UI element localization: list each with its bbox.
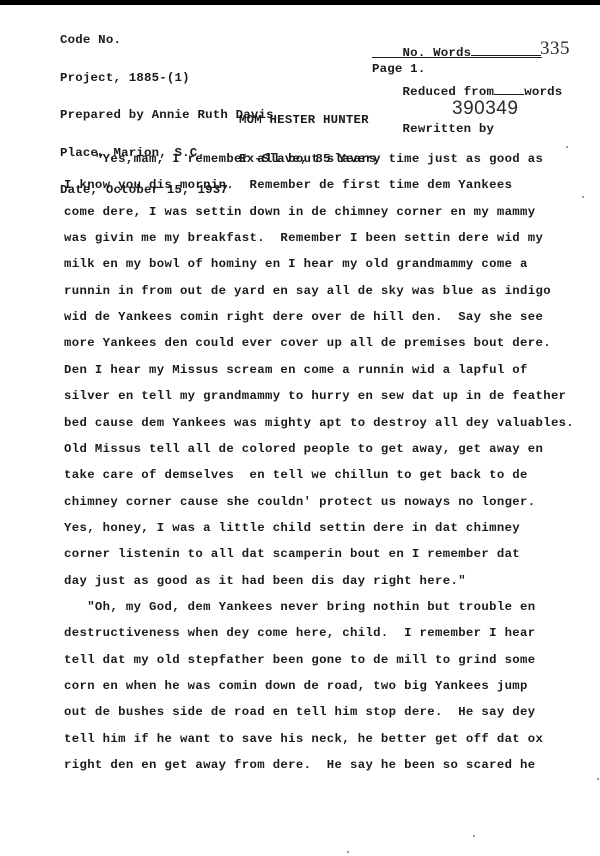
body-line: right den en get away from dere. He say … bbox=[64, 758, 536, 772]
body-line: tell dat my old stepfather been gone to … bbox=[64, 653, 536, 667]
body-line: corn en when he was comin down de road, … bbox=[64, 679, 528, 693]
scan-top-edge bbox=[0, 0, 600, 5]
body-line: day just as good as it had been dis day … bbox=[64, 574, 466, 588]
stamp-number-top: 335 bbox=[540, 38, 570, 60]
body-line: Den I hear my Missus scream en come a ru… bbox=[64, 363, 528, 377]
reduced-words-suffix: words bbox=[524, 85, 562, 99]
body-line: wid de Yankees comin right dere over de … bbox=[64, 310, 543, 324]
scan-speck bbox=[473, 835, 475, 837]
body-line: "Yes,mam, I remember all bout slavery ti… bbox=[64, 152, 543, 166]
reduced-from-blank bbox=[494, 84, 524, 95]
body-line: runnin in from out de yard en say all de… bbox=[64, 284, 551, 298]
body-line: more Yankees den could ever cover up all… bbox=[64, 336, 551, 350]
body-line: come dere, I was settin down in de chimn… bbox=[64, 205, 536, 219]
body-line: corner listenin to all dat scamperin bou… bbox=[64, 547, 520, 561]
body-line: I know you dis mornin. Remember de first… bbox=[64, 178, 512, 192]
no-words-blank bbox=[471, 45, 541, 56]
reduced-from-label: Reduced from bbox=[403, 85, 495, 99]
body-line: milk en my bowl of hominy en I hear my o… bbox=[64, 257, 528, 271]
scan-speck bbox=[582, 196, 584, 198]
scan-speck bbox=[347, 851, 349, 853]
body-line: silver en tell my grandmammy to hurry en… bbox=[64, 389, 566, 403]
body-line: Old Missus tell all de colored people to… bbox=[64, 442, 543, 456]
body-line: "Oh, my God, dem Yankees never bring not… bbox=[64, 600, 536, 614]
scan-speck bbox=[597, 778, 599, 780]
rewritten-by-blank-line bbox=[372, 57, 542, 58]
body-line: Yes, honey, I was a little child settin … bbox=[64, 521, 520, 535]
body-line: take care of demselves en tell we chillu… bbox=[64, 468, 528, 482]
body-line: chimney corner cause she couldn' protect… bbox=[64, 495, 536, 509]
subject-name: MOM HESTER HUNTER bbox=[239, 114, 376, 127]
word-count-row: No. Words bbox=[372, 32, 562, 45]
body-line: was givin me my breakfast. Remember I be… bbox=[64, 231, 543, 245]
code-number-field: Code No. bbox=[60, 34, 274, 47]
catalog-stamp: 390349 bbox=[452, 98, 518, 120]
body-line: out de bushes side de road en tell him s… bbox=[64, 705, 536, 719]
body-line: tell him if he want to save his neck, he… bbox=[64, 732, 543, 746]
body-line: destructiveness when dey come here, chil… bbox=[64, 626, 536, 640]
project-field: Project, 1885-(1) bbox=[60, 72, 274, 85]
scan-speck bbox=[566, 146, 568, 148]
rewritten-by-label: Rewritten by bbox=[403, 122, 495, 136]
page-number: Page 1. bbox=[372, 62, 425, 76]
body-line: bed cause dem Yankees was mighty apt to … bbox=[64, 416, 574, 430]
